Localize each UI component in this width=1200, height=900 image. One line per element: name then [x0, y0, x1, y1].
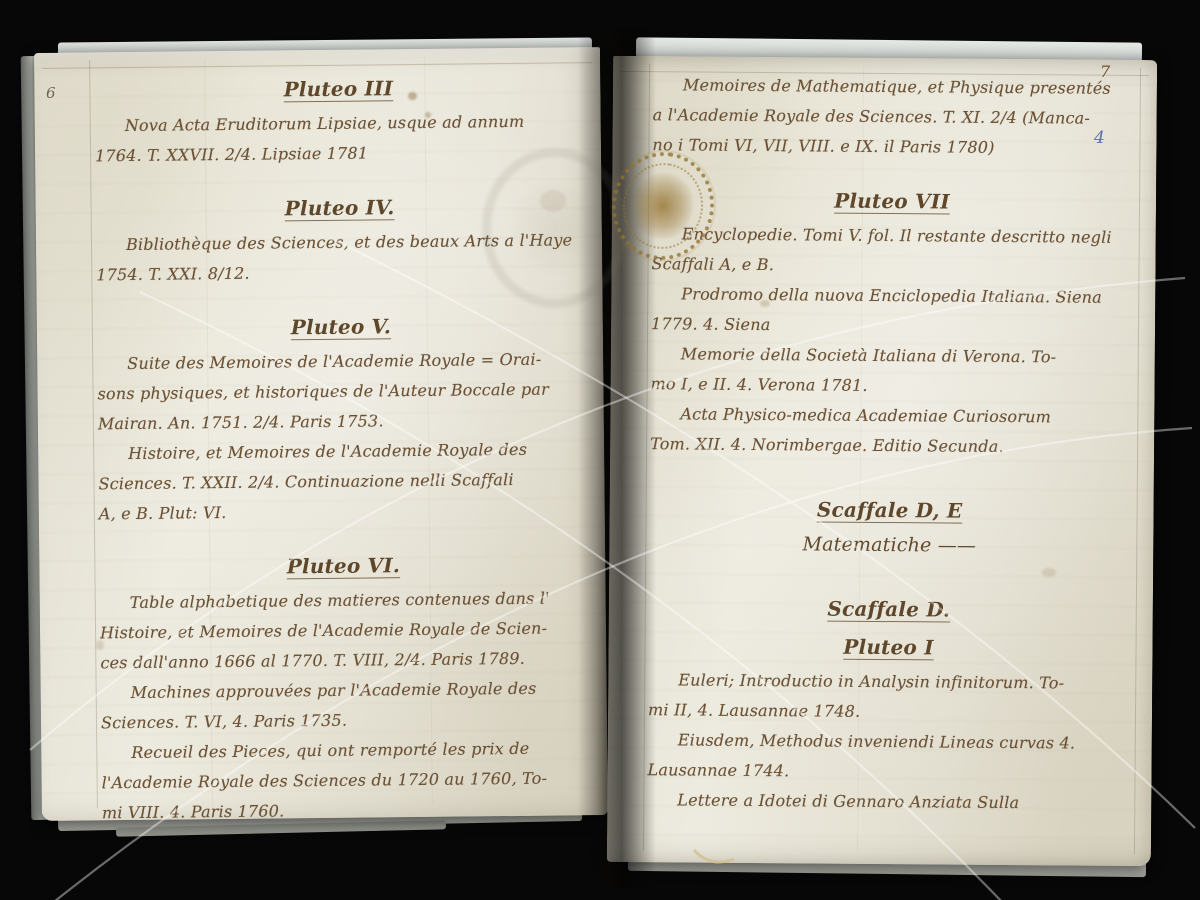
catalog-entry-line: Euleri; Introductio in Analysin infinito…: [648, 665, 1128, 699]
catalog-entry-line: Sciences. T. XXII. 2/4. Continuazione ne…: [98, 464, 586, 499]
catalog-entry-line: Lausannae 1744.: [647, 755, 1127, 789]
catalog-entry-line: Encyclopedie. Tomi V. fol. Il restante d…: [652, 219, 1132, 253]
page-number-left: 6: [46, 84, 56, 102]
heading-pluteo-i: Pluteo I: [648, 630, 1128, 664]
catalog-entry-line: Scaffali A, e B.: [651, 249, 1131, 283]
catalog-entry-line: Nova Acta Eruditorum Lipsiae, usque ad a…: [95, 106, 583, 141]
catalog-entry-line: l'Academie Royale des Sciences du 1720 a…: [101, 763, 589, 798]
right-page-text: Memoires de Mathematique, et Physique pr…: [647, 70, 1133, 819]
catalog-entry-line: Machines approuvées par l'Academie Royal…: [101, 673, 589, 708]
heading-pluteo-iii: Pluteo III: [94, 71, 582, 106]
photograph-stage: Pluteo III Nova Acta Eruditorum Lipsiae,…: [0, 0, 1200, 900]
paper-stain: [96, 640, 104, 650]
catalog-entry-line: Eiusdem, Methodus inveniendi Lineas curv…: [648, 725, 1128, 759]
catalog-entry-line: Prodromo della nuova Enciclopedia Italia…: [651, 279, 1131, 313]
heading-scaffale-d-e: Scaffale D, E: [650, 493, 1130, 527]
ghost-stamp-impression: [482, 148, 628, 308]
catalog-entry-line: A, e B. Plut: VI.: [99, 494, 587, 529]
paper-stain: [540, 190, 566, 212]
catalog-entry-line: mo I, e II. 4. Verona 1781.: [650, 369, 1130, 403]
catalog-entry-line: sons physiques, et historiques de l'Aute…: [97, 374, 585, 409]
ruled-margin-line-right: [1134, 68, 1141, 854]
heading-pluteo-vii: Pluteo VII: [652, 184, 1132, 218]
catalog-entry-line: mi VIII. 4. Paris 1760.: [102, 793, 590, 828]
catalog-entry-line: Memoires de Mathematique, et Physique pr…: [653, 70, 1133, 104]
paper-stain: [760, 300, 770, 307]
paper-stain: [408, 92, 417, 100]
catalog-entry-line: mi II, 4. Lausannae 1748.: [648, 695, 1128, 729]
paper-stain: [1042, 568, 1056, 577]
catalog-entry-line: a l'Academie Royale des Sciences. T. XI.…: [653, 100, 1133, 134]
heading-pluteo-vi: Pluteo VI.: [99, 548, 587, 583]
catalog-entry-line: Acta Physico-medica Academiae Curiosorum: [650, 399, 1130, 433]
catalog-entry-line: Memorie della Società Italiana di Verona…: [651, 339, 1131, 373]
pencil-number-right: 4: [1094, 128, 1105, 148]
catalog-entry-line: Tom. XII. 4. Norimbergae. Editio Secunda…: [650, 429, 1130, 463]
folio-number-right: 7: [1100, 62, 1110, 81]
catalog-entry-line: no i Tomi VI, VII, VIII. e IX. il Paris …: [652, 130, 1132, 164]
heading-matematiche: Matematiche ——: [649, 528, 1129, 562]
catalog-entry-line: Lettere a Idotei di Gennaro Anziata Sull…: [647, 785, 1127, 819]
heading-scaffale-d: Scaffale D.: [649, 592, 1129, 626]
heading-pluteo-v: Pluteo V.: [97, 309, 585, 344]
paper-stain: [425, 112, 431, 118]
catalog-entry-line: 1779. 4. Siena: [651, 309, 1131, 343]
